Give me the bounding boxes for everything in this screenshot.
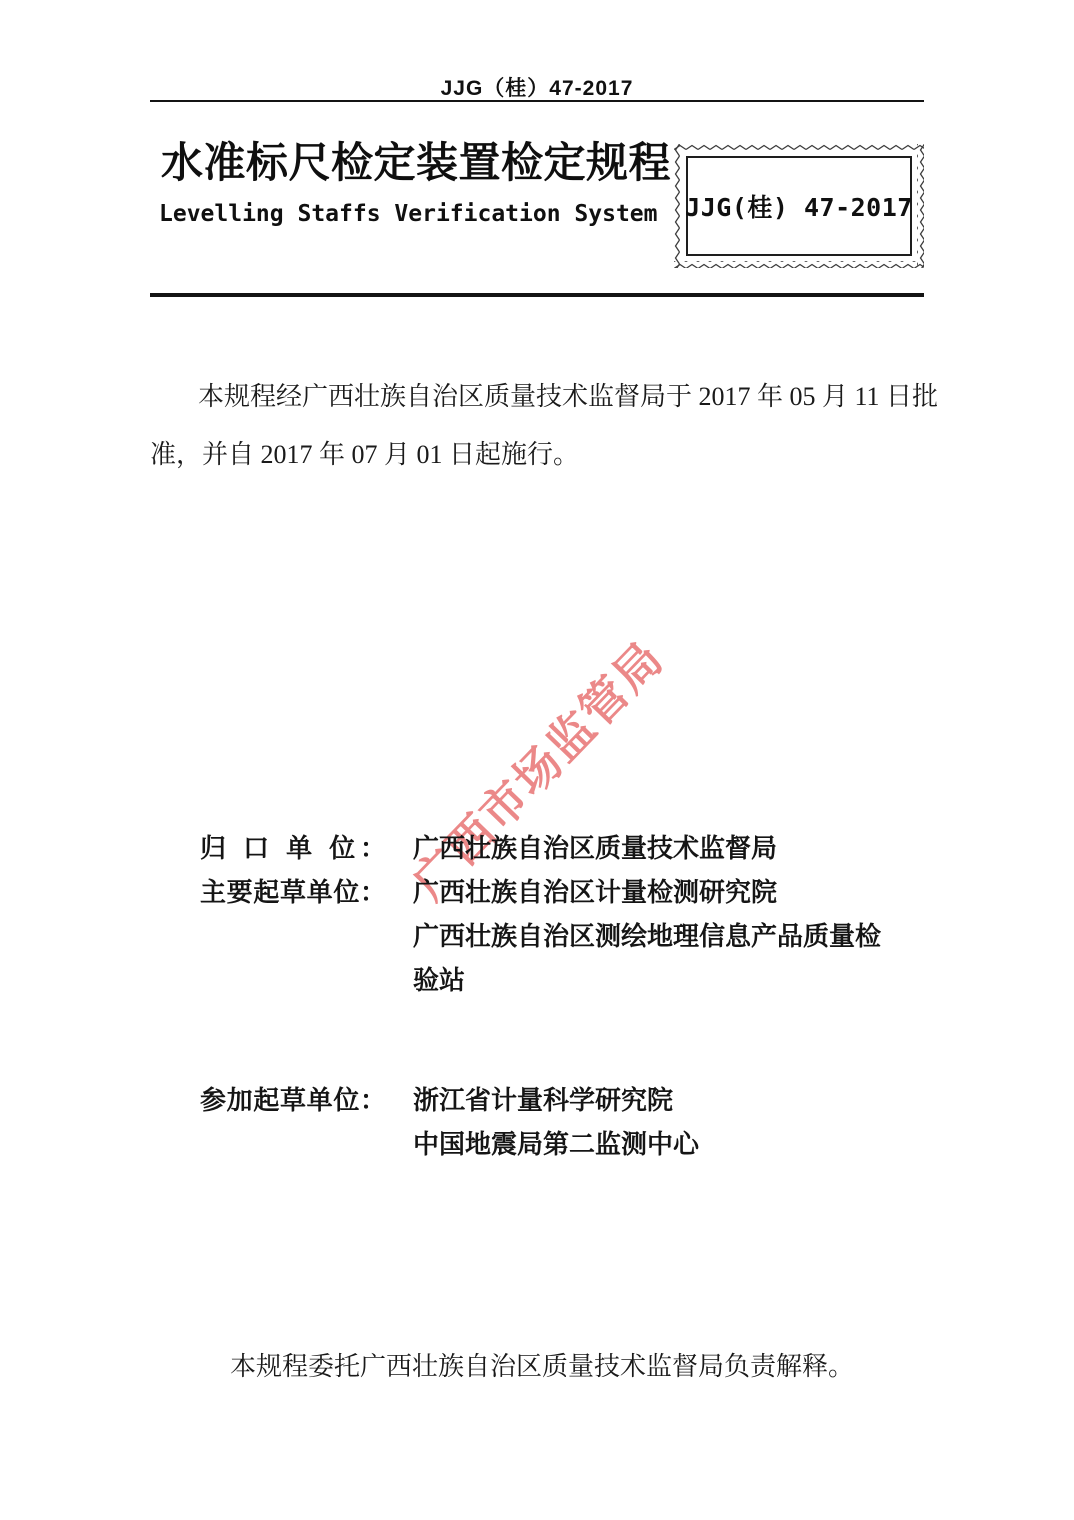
approval-line-1: 本规程经广西壮族自治区质量技术监督局于 2017 年 05 月 11 日批 — [150, 368, 950, 426]
section-rule — [150, 293, 924, 297]
org-values: 浙江省计量科学研究院 中国地震局第二监测中心 — [413, 1078, 699, 1166]
badge-label: JJG(桂) 47-2017 — [687, 157, 911, 255]
approval-line-2: 准，并自 2017 年 07 月 01 日起施行。 — [150, 426, 950, 484]
standard-number-badge: JJG(桂) 47-2017 — [674, 144, 924, 268]
document-page: JJG（桂）47-2017 水准标尺检定装置检定规程 Levelling Sta… — [0, 0, 1074, 1520]
org-label: 主要起草单位： — [200, 870, 386, 914]
org-values: 广西壮族自治区质量技术监督局 — [413, 826, 777, 870]
org-value-line: 广西壮族自治区质量技术监督局 — [413, 826, 777, 870]
org-value-line: 广西壮族自治区计量检测研究院 — [413, 870, 881, 914]
org-values: 广西壮族自治区计量检测研究院 广西壮族自治区测绘地理信息产品质量检 验站 — [413, 870, 881, 1002]
doc-title-en: Levelling Staffs Verification System — [159, 201, 658, 227]
org-value-line: 浙江省计量科学研究院 — [413, 1078, 699, 1122]
approval-paragraph: 本规程经广西壮族自治区质量技术监督局于 2017 年 05 月 11 日批 准，… — [150, 368, 950, 484]
org-label: 参加起草单位： — [200, 1078, 386, 1122]
org-value-line: 广西壮族自治区测绘地理信息产品质量检 — [413, 914, 881, 958]
footnote-interpretation: 本规程委托广西壮族自治区质量技术监督局负责解释。 — [230, 1346, 854, 1383]
org-entry-centralized-unit: 归 口 单 位： 广西壮族自治区质量技术监督局 — [200, 826, 777, 870]
header-rule — [150, 100, 924, 102]
doc-title-cn: 水准标尺检定装置检定规程 — [161, 130, 671, 190]
org-value-line: 验站 — [413, 958, 881, 1002]
org-entry-main-drafting-unit: 主要起草单位： 广西壮族自治区计量检测研究院 广西壮族自治区测绘地理信息产品质量… — [200, 870, 881, 1002]
org-entry-participating-drafting-unit: 参加起草单位： 浙江省计量科学研究院 中国地震局第二监测中心 — [200, 1078, 699, 1166]
header-standard-code: JJG（桂）47-2017 — [0, 72, 1074, 102]
org-label: 归 口 单 位： — [200, 826, 386, 870]
org-value-line: 中国地震局第二监测中心 — [413, 1122, 699, 1166]
